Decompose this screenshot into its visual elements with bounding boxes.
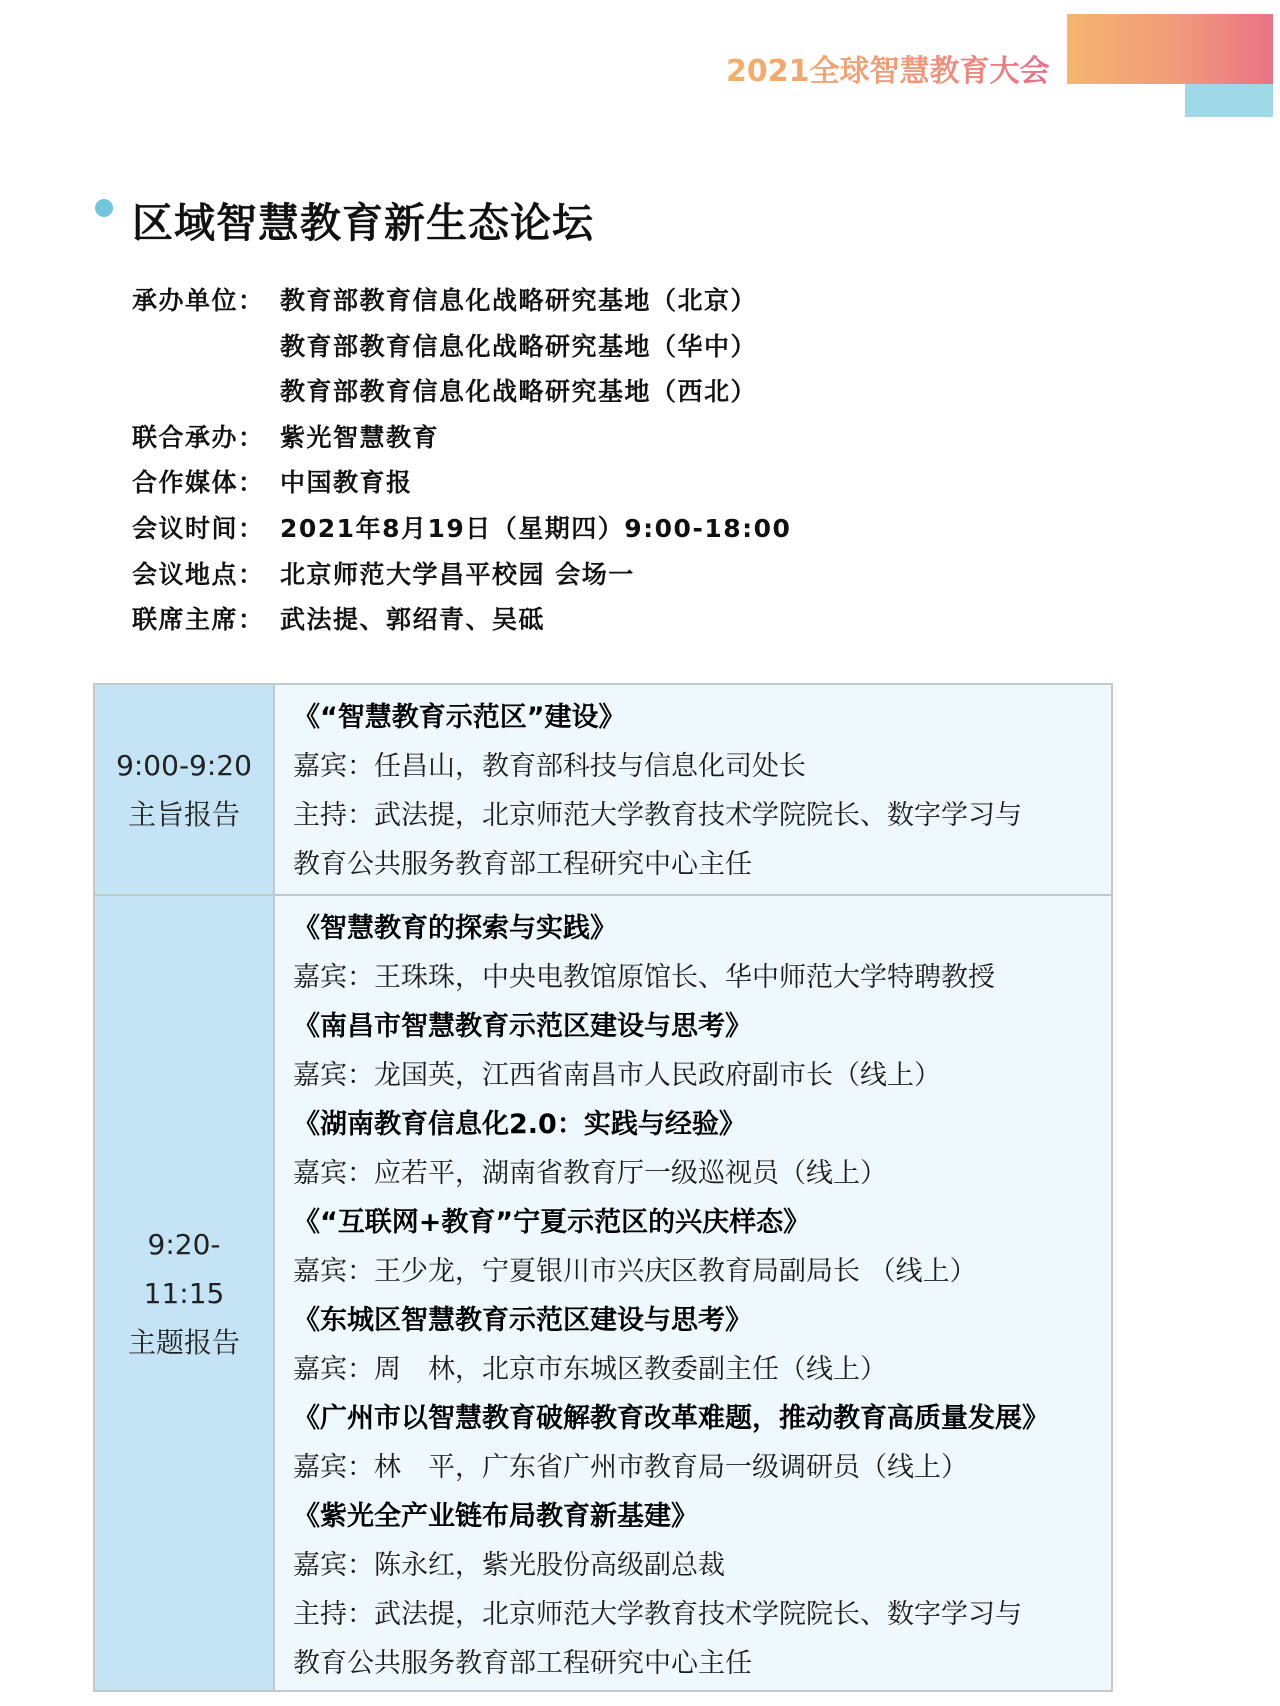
conference-brand-title: 2021全球智慧教育大会 <box>726 46 1050 90</box>
info-label: 联合承办： <box>132 415 280 461</box>
info-value: 教育部教育信息化战略研究基地（西北） <box>280 369 757 415</box>
content-cell: 《“智慧教育示范区”建设》 嘉宾：任昌山，教育部科技与信息化司处长 主持：武法提… <box>275 685 1111 894</box>
session-type: 主题报告 <box>128 1318 240 1367</box>
time-cell: 9:00-9:20 主旨报告 <box>95 685 275 894</box>
info-row-chairs: 联席主席： 武法提、郭绍青、吴砥 <box>132 597 791 643</box>
page-title: 区域智慧教育新生态论坛 <box>132 190 594 249</box>
decorative-blue-block <box>1185 84 1273 117</box>
talk-title: 《广州市以智慧教育破解教育改革难题，推动教育高质量发展》 <box>293 1394 1111 1443</box>
session-type: 主旨报告 <box>128 790 240 839</box>
time-cell: 9:20- 11:15 主题报告 <box>95 896 275 1690</box>
table-row: 9:20- 11:15 主题报告 《智慧教育的探索与实践》 嘉宾：王珠珠，中央电… <box>95 896 1111 1690</box>
info-row-co-organizer: 联合承办： 紫光智慧教育 <box>132 415 791 461</box>
host-line: 主持：武法提，北京师范大学教育技术学院院长、数字学习与 <box>293 1590 1111 1639</box>
info-label: 合作媒体： <box>132 460 280 506</box>
info-value: 中国教育报 <box>280 460 413 506</box>
info-label: 会议时间： <box>132 506 280 552</box>
host-line: 教育公共服务教育部工程研究中心主任 <box>293 1639 1111 1688</box>
info-row-media-partner: 合作媒体： 中国教育报 <box>132 460 791 506</box>
content-cell: 《智慧教育的探索与实践》 嘉宾：王珠珠，中央电教馆原馆长、华中师范大学特聘教授 … <box>275 896 1111 1690</box>
info-value: 紫光智慧教育 <box>280 415 439 461</box>
info-row-organizer: 承办单位： 教育部教育信息化战略研究基地（北京） 教育部教育信息化战略研究基地（… <box>132 278 791 324</box>
time-range: 9:20- <box>148 1220 221 1269</box>
info-value: 教育部教育信息化战略研究基地（北京） <box>280 278 757 324</box>
speaker-line: 嘉宾：周 林，北京市东城区教委副主任（线上） <box>293 1345 1111 1394</box>
talk-title: 《紫光全产业链布局教育新基建》 <box>293 1492 1111 1541</box>
speaker-line: 嘉宾：王珠珠，中央电教馆原馆长、华中师范大学特聘教授 <box>293 953 1111 1002</box>
info-value: 武法提、郭绍青、吴砥 <box>280 597 545 643</box>
info-value: 教育部教育信息化战略研究基地（华中） <box>280 324 757 370</box>
decorative-gradient-block <box>1067 14 1273 84</box>
talk-title: 《智慧教育的探索与实践》 <box>293 904 1111 953</box>
speaker-line: 嘉宾：王少龙，宁夏银川市兴庆区教育局副局长 （线上） <box>293 1247 1111 1296</box>
speaker-line: 嘉宾：林 平，广东省广州市教育局一级调研员（线上） <box>293 1443 1111 1492</box>
host-line: 教育公共服务教育部工程研究中心主任 <box>293 840 1111 889</box>
speaker-line: 嘉宾：任昌山，教育部科技与信息化司处长 <box>293 742 1111 791</box>
info-row-time: 会议时间： 2021年8月19日（星期四）9:00-18:00 <box>132 506 791 552</box>
info-label: 联席主席： <box>132 597 280 643</box>
info-value: 2021年8月19日（星期四）9:00-18:00 <box>280 506 791 552</box>
info-label: 承办单位： <box>132 278 280 324</box>
info-label: 会议地点： <box>132 552 280 598</box>
forum-info-list: 承办单位： 教育部教育信息化战略研究基地（北京） 教育部教育信息化战略研究基地（… <box>132 278 791 643</box>
talk-title: 《南昌市智慧教育示范区建设与思考》 <box>293 1002 1111 1051</box>
talk-title: 《“互联网+教育”宁夏示范区的兴庆样态》 <box>293 1198 1111 1247</box>
table-row: 9:00-9:20 主旨报告 《“智慧教育示范区”建设》 嘉宾：任昌山，教育部科… <box>95 685 1111 896</box>
time-range: 9:00-9:20 <box>116 741 252 790</box>
info-row-location: 会议地点： 北京师范大学昌平校园 会场一 <box>132 552 791 598</box>
speaker-line: 嘉宾：龙国英，江西省南昌市人民政府副市长（线上） <box>293 1051 1111 1100</box>
info-value: 北京师范大学昌平校园 会场一 <box>280 552 635 598</box>
time-range: 11:15 <box>144 1269 225 1318</box>
talk-title: 《东城区智慧教育示范区建设与思考》 <box>293 1296 1111 1345</box>
talk-title: 《湖南教育信息化2.0：实践与经验》 <box>293 1100 1111 1149</box>
speaker-line: 嘉宾：应若平，湖南省教育厅一级巡视员（线上） <box>293 1149 1111 1198</box>
agenda-table: 9:00-9:20 主旨报告 《“智慧教育示范区”建设》 嘉宾：任昌山，教育部科… <box>93 683 1113 1692</box>
speaker-line: 嘉宾：陈永红，紫光股份高级副总裁 <box>293 1541 1111 1590</box>
bullet-dot-icon <box>95 199 113 217</box>
talk-title: 《“智慧教育示范区”建设》 <box>293 693 1111 742</box>
host-line: 主持：武法提，北京师范大学教育技术学院院长、数字学习与 <box>293 791 1111 840</box>
